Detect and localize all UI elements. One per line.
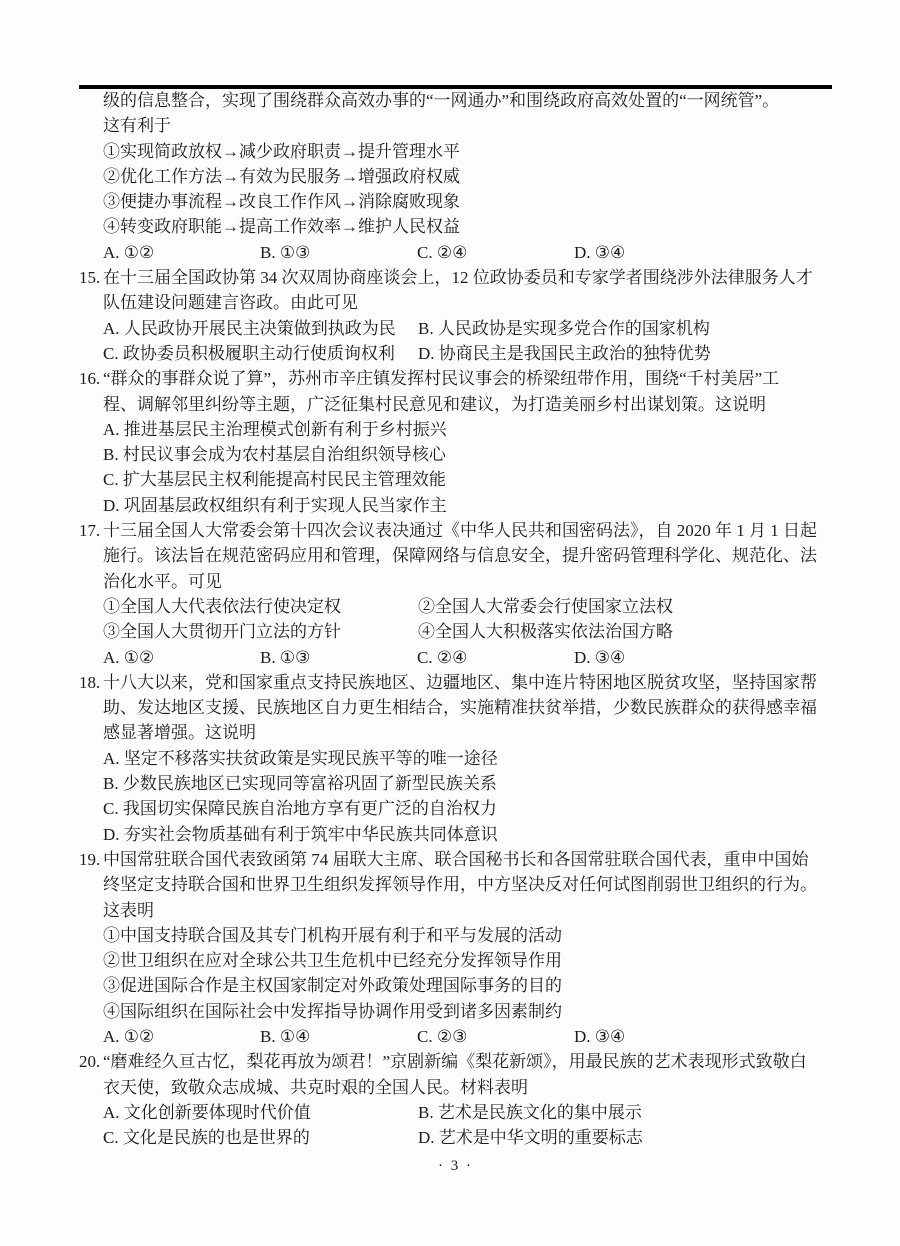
- stem-line: 十三届全国人大常委会第十四次会议表决通过《中华人民共和国密码法》，自 2020 …: [103, 518, 839, 543]
- question-16: 16. “群众的事群众说了算”，苏州市辛庄镇发挥村民议事会的桥梁纽带作用，围绕“…: [79, 366, 839, 518]
- question-19: 19. 中国常驻联合国代表致函第 74 届联大主席、联合国秘书长和各国常驻联合国…: [79, 847, 839, 1049]
- option-b: B. 少数民族地区已实现同等富裕巩固了新型民族关系: [103, 771, 839, 796]
- stem-line: 这表明: [103, 898, 839, 923]
- choice-item: ④全国人大积极落实依法治国方略: [418, 619, 673, 644]
- answer-choice: D. ③④: [574, 240, 731, 265]
- choice-item: ②世卫组织在应对全球公共卫生危机中已经充分发挥领导作用: [103, 948, 839, 973]
- question-body: “群众的事群众说了算”，苏州市辛庄镇发挥村民议事会的桥梁纽带作用，围绕“千村美居…: [103, 366, 839, 518]
- stem-line: 这有利于: [103, 113, 839, 138]
- option-d: D. 巩固基层政权组织有利于实现人民当家作主: [103, 493, 839, 518]
- answer-choice: A. ①②: [103, 1024, 260, 1049]
- question-15: 15. 在十三届全国政协第 34 次双周协商座谈会上，12 位政协委员和专家学者…: [79, 265, 839, 366]
- stem-line: 在十三届全国政协第 34 次双周协商座谈会上，12 位政协委员和专家学者围绕涉外…: [103, 265, 839, 290]
- stem-line: 终坚定支持联合国和世界卫生组织发挥领导作用，中方坚决反对任何试图削弱世卫组织的行…: [103, 872, 839, 897]
- exam-paper-page: 级的信息整合，实现了围绕群众高效办事的“一网通办”和围绕政府高效处置的“一网统管…: [0, 0, 900, 1246]
- stem-line: 衣天使，致敬众志成城、共克时艰的全国人民。材料表明: [103, 1075, 839, 1100]
- question-18: 18. 十八大以来，党和国家重点支持民族地区、边疆地区、集中连片特困地区脱贫攻坚…: [79, 670, 839, 847]
- stem-line: 助、发达地区支援、民族地区自力更生相结合，实施精准扶贫举措，少数民族群众的获得感…: [103, 695, 839, 720]
- option-a: A. 推进基层民主治理模式创新有利于乡村振兴: [103, 417, 839, 442]
- page-content: 级的信息整合，实现了围绕群众高效办事的“一网通办”和围绕政府高效处置的“一网统管…: [79, 88, 839, 1150]
- option-d: D. 夯实社会物质基础有利于筑牢中华民族共同体意识: [103, 822, 839, 847]
- stem-line: 十八大以来，党和国家重点支持民族地区、边疆地区、集中连片特困地区脱贫攻坚，坚持国…: [103, 670, 839, 695]
- answer-choice: D. ③④: [574, 1024, 731, 1049]
- answer-choice: C. ②③: [417, 1024, 574, 1049]
- answer-choice: A. ①②: [103, 240, 260, 265]
- question-body: 十三届全国人大常委会第十四次会议表决通过《中华人民共和国密码法》，自 2020 …: [103, 518, 839, 670]
- option-row: C. 文化是民族的也是世界的 D. 艺术是中华文明的重要标志: [103, 1125, 839, 1150]
- option-b: B. 人民政协是实现多党合作的国家机构: [418, 316, 710, 341]
- option-c: C. 政协委员积极履职主动行使质询权利: [103, 341, 418, 366]
- option-a: A. 文化创新要体现时代价值: [103, 1100, 418, 1125]
- choice-item: ②优化工作方法→有效为民服务→增强政府权威: [103, 164, 839, 189]
- stem-line: “磨难经久亘古忆，梨花再放为颂君！”京剧新编《梨花新颂》，用最民族的艺术表现形式…: [103, 1049, 839, 1074]
- option-row: A. 文化创新要体现时代价值 B. 艺术是民族文化的集中展示: [103, 1100, 839, 1125]
- choice-item: ③便捷办事流程→改良工作作风→消除腐败现象: [103, 189, 839, 214]
- option-b: B. 艺术是民族文化的集中展示: [418, 1100, 642, 1125]
- stem-line: 中国常驻联合国代表致函第 74 届联大主席、联合国秘书长和各国常驻联合国代表，重…: [103, 847, 839, 872]
- question-number: 19.: [79, 847, 103, 872]
- answer-choice: B. ①③: [260, 645, 417, 670]
- answer-row: A. ①② B. ①③ C. ②④ D. ③④: [103, 645, 839, 670]
- stem-line: 队伍建设问题建言咨政。由此可见: [103, 290, 839, 315]
- stem-line: 施行。该法旨在规范密码应用和管理，保障网络与信息安全，提升密码管理科学化、规范化…: [103, 543, 839, 568]
- stem-line: 级的信息整合，实现了围绕群众高效办事的“一网通办”和围绕政府高效处置的“一网统管…: [103, 88, 839, 113]
- choice-item: ④国际组织在国际社会中发挥指导协调作用受到诸多因素制约: [103, 999, 839, 1024]
- option-d: D. 艺术是中华文明的重要标志: [418, 1125, 643, 1150]
- answer-choice: C. ②④: [417, 240, 574, 265]
- choice-item: ①全国人大代表依法行使决定权: [103, 594, 418, 619]
- question-body: 十八大以来，党和国家重点支持民族地区、边疆地区、集中连片特困地区脱贫攻坚，坚持国…: [103, 670, 839, 847]
- choice-item: ③全国人大贯彻开门立法的方针: [103, 619, 418, 644]
- question-20: 20. “磨难经久亘古忆，梨花再放为颂君！”京剧新编《梨花新颂》，用最民族的艺术…: [79, 1049, 839, 1150]
- option-row: A. 人民政协开展民主决策做到执政为民 B. 人民政协是实现多党合作的国家机构: [103, 316, 839, 341]
- option-d: D. 协商民主是我国民主政治的独特优势: [418, 341, 711, 366]
- option-a: A. 人民政协开展民主决策做到执政为民: [103, 316, 418, 341]
- question-body: 在十三届全国政协第 34 次双周协商座谈会上，12 位政协委员和专家学者围绕涉外…: [103, 265, 839, 366]
- question-number: 17.: [79, 518, 103, 543]
- option-c: C. 扩大基层民主权利能提高村民民主管理效能: [103, 467, 839, 492]
- choice-item: ④转变政府职能→提高工作效率→维护人民权益: [103, 214, 839, 239]
- answer-row: A. ①② B. ①③ C. ②④ D. ③④: [103, 240, 839, 265]
- option-row: C. 政协委员积极履职主动行使质询权利 D. 协商民主是我国民主政治的独特优势: [103, 341, 839, 366]
- option-c: C. 我国切实保障民族自治地方享有更广泛的自治权力: [103, 796, 839, 821]
- answer-row: A. ①② B. ①④ C. ②③ D. ③④: [103, 1024, 839, 1049]
- answer-choice: D. ③④: [574, 645, 731, 670]
- question-14-continuation: 级的信息整合，实现了围绕群众高效办事的“一网通办”和围绕政府高效处置的“一网统管…: [79, 88, 839, 265]
- answer-choice: B. ①④: [260, 1024, 417, 1049]
- question-number: 15.: [79, 265, 103, 290]
- answer-choice: C. ②④: [417, 645, 574, 670]
- stem-line: 程、调解邻里纠纷等主题，广泛征集村民意见和建议，为打造美丽乡村出谋划策。这说明: [103, 392, 839, 417]
- choice-item: ①中国支持联合国及其专门机构开展有利于和平与发展的活动: [103, 923, 839, 948]
- question-body: “磨难经久亘古忆，梨花再放为颂君！”京剧新编《梨花新颂》，用最民族的艺术表现形式…: [103, 1049, 839, 1150]
- choice-item: ①实现简政放权→减少政府职责→提升管理水平: [103, 139, 839, 164]
- stem-line: “群众的事群众说了算”，苏州市辛庄镇发挥村民议事会的桥梁纽带作用，围绕“千村美居…: [103, 366, 839, 391]
- choice-item-row: ③全国人大贯彻开门立法的方针 ④全国人大积极落实依法治国方略: [103, 619, 839, 644]
- option-b: B. 村民议事会成为农村基层自治组织领导核心: [103, 442, 839, 467]
- question-number: 20.: [79, 1049, 103, 1074]
- page-number: · 3 ·: [79, 1158, 832, 1175]
- question-number: 16.: [79, 366, 103, 391]
- option-a: A. 坚定不移落实扶贫政策是实现民族平等的唯一途径: [103, 746, 839, 771]
- question-body: 中国常驻联合国代表致函第 74 届联大主席、联合国秘书长和各国常驻联合国代表，重…: [103, 847, 839, 1049]
- choice-item-row: ①全国人大代表依法行使决定权 ②全国人大常委会行使国家立法权: [103, 594, 839, 619]
- answer-choice: B. ①③: [260, 240, 417, 265]
- question-17: 17. 十三届全国人大常委会第十四次会议表决通过《中华人民共和国密码法》，自 2…: [79, 518, 839, 670]
- option-c: C. 文化是民族的也是世界的: [103, 1125, 418, 1150]
- choice-item: ③促进国际合作是主权国家制定对外政策处理国际事务的目的: [103, 973, 839, 998]
- answer-choice: A. ①②: [103, 645, 260, 670]
- question-number: 18.: [79, 670, 103, 695]
- choice-item: ②全国人大常委会行使国家立法权: [418, 594, 673, 619]
- stem-line: 治化水平。可见: [103, 569, 839, 594]
- stem-line: 感显著增强。这说明: [103, 720, 839, 745]
